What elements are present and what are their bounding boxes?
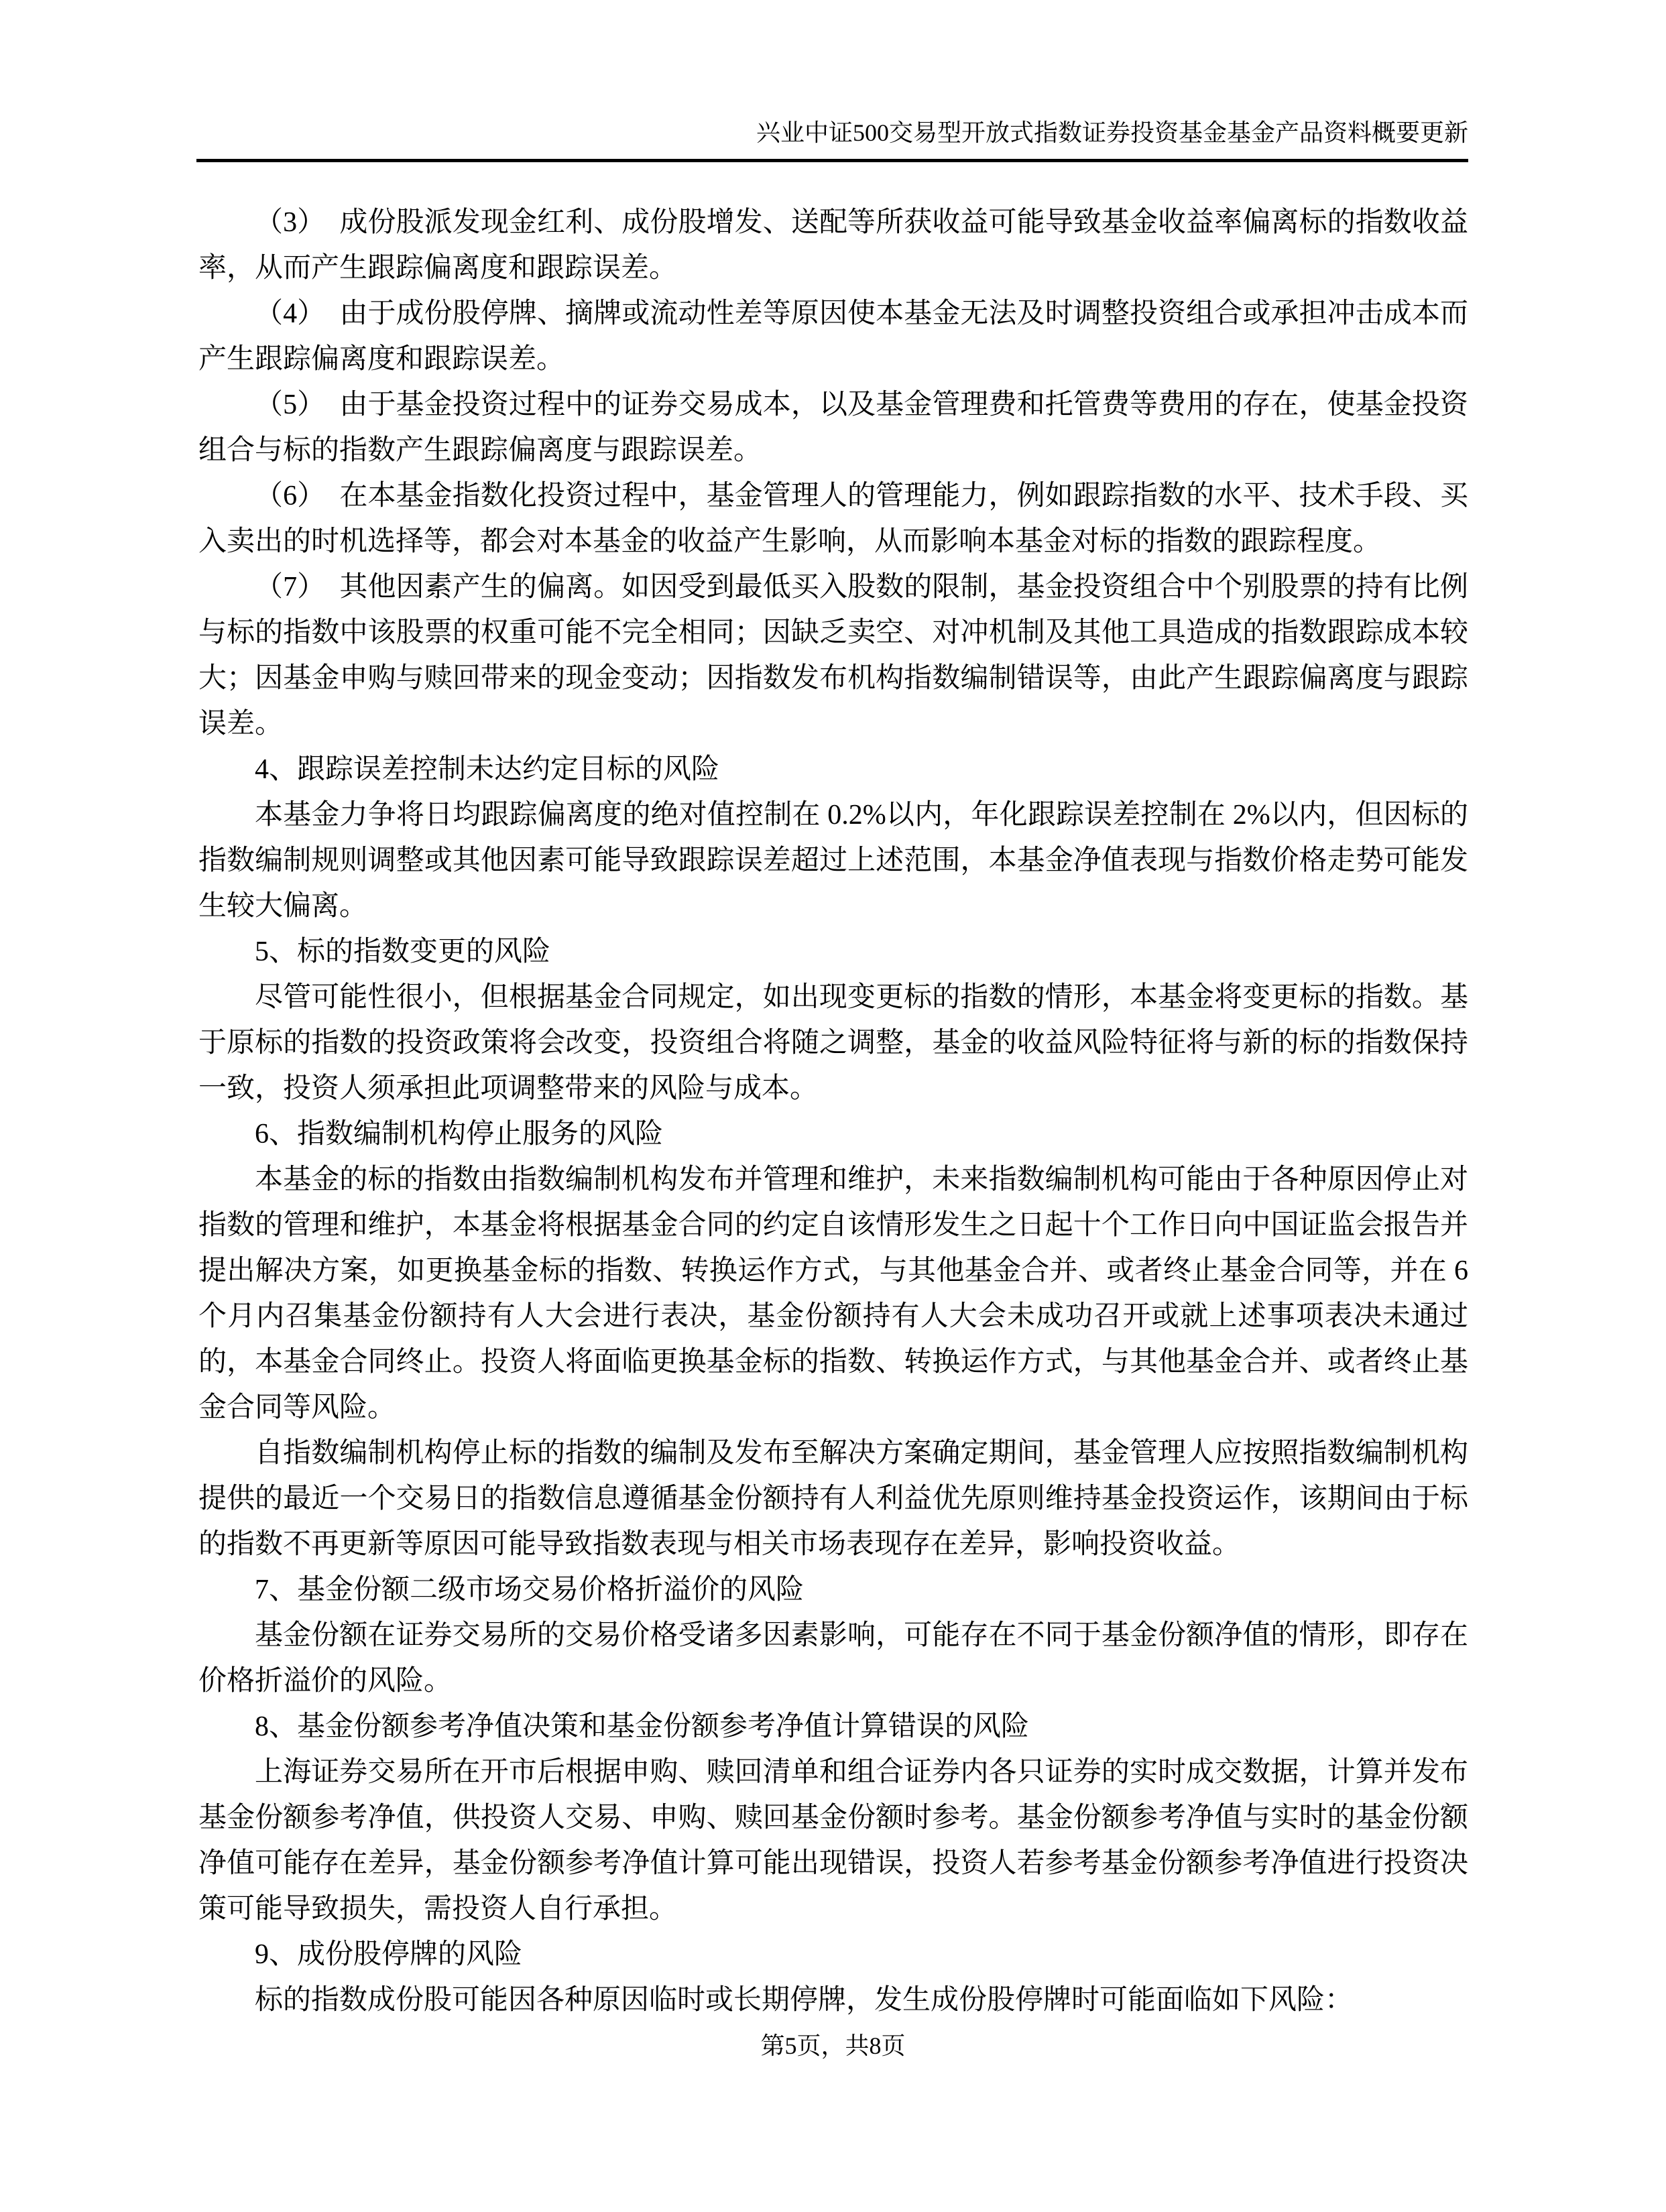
paragraph: 尽管可能性很小，但根据基金合同规定，如出现变更标的指数的情形，本基金将变更标的指… [198, 975, 1468, 1111]
paragraph: 标的指数成份股可能因各种原因临时或长期停牌，发生成份股停牌时可能面临如下风险： [198, 1977, 1468, 2023]
section-heading: 9、成份股停牌的风险 [198, 1932, 1468, 1977]
section-heading: 6、指数编制机构停止服务的风险 [198, 1111, 1468, 1157]
paragraph: （4） 由于成份股停牌、摘牌或流动性差等原因使本基金无法及时调整投资组合或承担冲… [198, 291, 1468, 382]
section-heading: 5、标的指数变更的风险 [198, 929, 1468, 975]
paragraph: 本基金力争将日均跟踪偏离度的绝对值控制在 0.2%以内，年化跟踪误差控制在 2%… [198, 792, 1468, 929]
section-heading: 4、跟踪误差控制未达约定目标的风险 [198, 747, 1468, 792]
section-heading: 7、基金份额二级市场交易价格折溢价的风险 [198, 1567, 1468, 1613]
paragraph: 基金份额在证券交易所的交易价格受诸多因素影响，可能存在不同于基金份额净值的情形，… [198, 1613, 1468, 1704]
section-heading: 8、基金份额参考净值决策和基金份额参考净值计算错误的风险 [198, 1704, 1468, 1749]
paragraph: （6） 在本基金指数化投资过程中，基金管理人的管理能力，例如跟踪指数的水平、技术… [198, 473, 1468, 564]
paragraph: （3） 成份股派发现金红利、成份股增发、送配等所获收益可能导致基金收益率偏离标的… [198, 200, 1468, 291]
header-title: 兴业中证500交易型开放式指数证券投资基金基金产品资料概要更新 [756, 119, 1468, 146]
paragraph: 本基金的标的指数由指数编制机构发布并管理和维护，未来指数编制机构可能由于各种原因… [198, 1157, 1468, 1430]
page-footer: 第5页，共8页 [0, 2031, 1666, 2061]
paragraph: （5） 由于基金投资过程中的证券交易成本，以及基金管理费和托管费等费用的存在，使… [198, 382, 1468, 473]
document-body: （3） 成份股派发现金红利、成份股增发、送配等所获收益可能导致基金收益率偏离标的… [198, 200, 1468, 2023]
header-rule [196, 159, 1468, 162]
page-header: 兴业中证500交易型开放式指数证券投资基金基金产品资料概要更新 [198, 118, 1468, 147]
paragraph: （7） 其他因素产生的偏离。如因受到最低买入股数的限制，基金投资组合中个别股票的… [198, 564, 1468, 747]
paragraph: 上海证券交易所在开市后根据申购、赎回清单和组合证券内各只证券的实时成交数据，计算… [198, 1749, 1468, 1932]
paragraph: 自指数编制机构停止标的指数的编制及发布至解决方案确定期间，基金管理人应按照指数编… [198, 1430, 1468, 1567]
document-page: 兴业中证500交易型开放式指数证券投资基金基金产品资料概要更新 （3） 成份股派… [0, 0, 1666, 2212]
footer-page-label: 第5页，共8页 [760, 2032, 905, 2059]
